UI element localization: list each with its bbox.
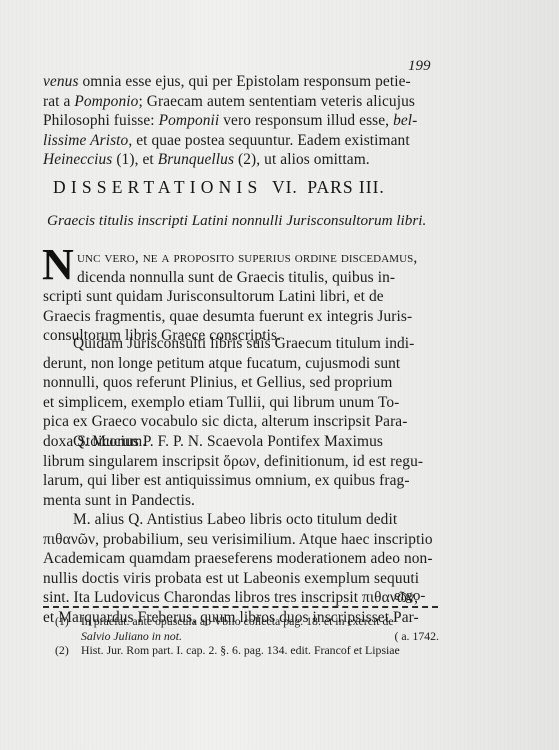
text-run: rat a [43,93,74,110]
text-run: menta sunt in Pandectis. [43,491,195,511]
text-line: dicenda nonnulla sunt de Graecis titulis… [43,268,438,288]
text-line: scripti sunt quidam Jurisconsultorum Lat… [43,287,438,307]
footnote-1: (1) In praefat. ante opuscula ab Vblio c… [55,614,439,643]
text-run: omnia esse ejus, qui per Epistolam respo… [79,73,411,90]
text-line: M. alius Q. Antistius Labeo libris octo … [43,510,438,530]
text-line: Graecis fragmentis, quae desumta fuerunt… [43,307,438,327]
text-run: dicenda nonnulla sunt de Graecis titulis… [77,268,395,288]
text-run: (2), ut alios omittam. [234,151,370,168]
footnote-text: In praefat. ante opuscula ab Vblio colle… [81,614,394,629]
text-run: nonnulli, quos referunt Plinius, et Gell… [43,373,392,393]
text-line: nonnulli, quos referunt Plinius, et Gell… [43,373,438,393]
text-line: Academicam quamdam praeseferens moderati… [43,549,438,569]
paragraph-3: Q. Mucius P. F. P. N. Scaevola Pontifex … [43,432,438,510]
footnote-line: (1) In praefat. ante opuscula ab Vblio c… [55,614,439,629]
italic-word: Heineccius [43,151,112,168]
top-paragraph: venus omnia esse ejus, qui per Epistolam… [43,72,438,170]
paragraph-4: M. alius Q. Antistius Labeo libris octo … [43,510,438,628]
text-line: librum singularem inscripsit ὅρων, defin… [43,452,438,472]
text-run: et simplicem, exemplo etiam Tullii, qui … [43,393,399,413]
catchword: ergo- [394,588,425,605]
text-line: πιθανῶν, probabilium, seu verisimilium. … [43,530,438,550]
book-page: 199 venus omnia esse ejus, qui per Epist… [0,0,559,750]
text-line: larum, qui liber est antiquissimus omniu… [43,471,438,491]
text-line: nullis doctis viris probata est ut Labeo… [43,569,438,589]
text-line: derunt, non longe petitum atque fucatum,… [43,354,438,374]
text-run: (1), et [112,151,157,168]
section-title: DISSERTATIONIS VI. PARS III. [53,177,385,198]
text-line: Quidam Jurisconsulti libris suis Graecum… [43,334,438,354]
text-run: nullis doctis viris probata est ut Labeo… [43,569,419,589]
text-run: librum singularem inscripsit ὅρων, defin… [43,452,423,472]
footnote-marker: (2) [55,643,81,658]
text-run: vero responsum illud esse, [219,112,393,129]
footnote-marker: (1) [55,614,81,629]
text-line: Q. Mucius P. F. P. N. Scaevola Pontifex … [43,432,438,452]
footnote-line: (2) Hist. Jur. Rom part. I. cap. 2. §. 6… [55,643,439,658]
text-line: menta sunt in Pandectis. [43,491,438,511]
text-line: Philosophi fuisse: Pomponii vero respons… [43,111,438,131]
text-line: Heineccius (1), et Brunquellus (2), ut a… [43,150,438,170]
text-run: unc vero, ne a proposito superius ordine… [77,248,417,268]
text-run: larum, qui liber est antiquissimus omniu… [43,471,410,491]
text-run: πιθανῶν, probabilium, seu verisimilium. … [43,530,433,550]
text-run: , et quae postea sequuntur. Eadem existi… [128,132,409,149]
text-run: derunt, non longe petitum atque fucatum,… [43,354,400,374]
text-line: rat a Pomponio; Graecam autem sententiam… [43,92,438,112]
footnote-text: Salvio Juliano in not. [81,629,182,644]
text-line: unc vero, ne a proposito superius ordine… [43,248,438,268]
italic-word: Pomponio [74,93,138,110]
italic-word: bel- [393,112,417,129]
text-run: Philosophi fuisse: [43,112,159,129]
text-line: et simplicem, exemplo etiam Tullii, qui … [43,393,438,413]
text-line: pica ex Graeco vocabulo sic dicta, alter… [43,412,438,432]
italic-word: Brunquellus [158,151,234,168]
text-run: scripti sunt quidam Jurisconsultorum Lat… [43,287,384,307]
section-subtitle: Graecis titulis inscripti Latini nonnull… [47,212,426,230]
footnote-text: ( a. 1742. [394,629,439,644]
section-title-part: PARS III. [307,177,384,197]
section-title-main: DISSERTATIONIS [53,177,262,197]
footnote-divider [43,606,438,608]
text-run: ; Graecam autem sententiam veteris alicu… [138,93,415,110]
text-run: Q. Mucius P. F. P. N. Scaevola Pontifex … [73,432,383,452]
text-run: Quidam Jurisconsulti libris suis Graecum… [73,334,414,354]
footnote-line: Salvio Juliano in not.( a. 1742. [55,629,439,644]
text-run: M. alius Q. Antistius Labeo libris octo … [73,510,397,530]
text-run: Graecis fragmentis, quae desumta fuerunt… [43,307,412,327]
italic-word: venus [43,73,79,90]
text-run: Academicam quamdam praeseferens moderati… [43,549,433,569]
italic-word: lissime Aristo [43,132,128,149]
paragraph-1: unc vero, ne a proposito superius ordine… [43,248,438,346]
footnote-2: (2) Hist. Jur. Rom part. I. cap. 2. §. 6… [55,643,439,658]
footnote-text: Hist. Jur. Rom part. I. cap. 2. §. 6. pa… [81,643,400,658]
section-title-number: VI. [272,177,298,197]
italic-word: Pomponii [159,112,220,129]
text-line: venus omnia esse ejus, qui per Epistolam… [43,72,438,92]
text-line: lissime Aristo, et quae postea sequuntur… [43,131,438,151]
text-run: pica ex Graeco vocabulo sic dicta, alter… [43,412,407,432]
